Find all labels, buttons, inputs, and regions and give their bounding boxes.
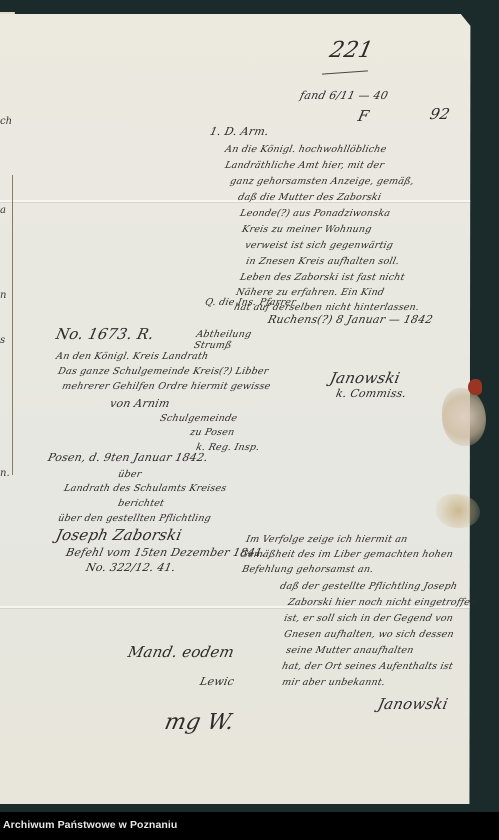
margin-fragment: ch [0, 116, 12, 127]
archive-name: Archiwum Państwowe w Poznaniu [3, 819, 177, 831]
lower-letter-line: Befehlung gehorsamst an. [241, 565, 375, 576]
reference-top: fand 6/11 — 40 [299, 90, 389, 103]
lower-letter-line: Zaborski hier noch nicht eingetroffen [287, 598, 477, 609]
mandate-line: Lewic [199, 676, 236, 689]
registry-body-line: Befehl vom 15ten Dezember 1841. [65, 547, 267, 560]
registry-subject-name: Joseph Zaborski [54, 527, 183, 544]
margin-fragment: n. [0, 468, 10, 479]
letter-line: daß die Mutter des Zaborski [237, 193, 382, 204]
registry-line: von Arnim [109, 398, 171, 411]
lower-letter-line: daß der gestellte Pflichtling Joseph [279, 582, 458, 593]
lower-letter-line: ist, er soll sich in der Gegend von [283, 614, 454, 625]
registry-line: Das ganze Schulgemeinde Kreis(?) Libber [57, 367, 270, 378]
letter-heading: 1. D. Arm. [209, 126, 270, 139]
mandate-signature: mg W. [162, 710, 236, 735]
letter-place-date: Ruchens(?) 8 Januar — 1842 [267, 314, 434, 327]
letter-signature-title: k. Commiss. [335, 388, 408, 401]
registry-date-line: Posen, d. 9ten Januar 1842. [47, 452, 209, 465]
lower-letter-line: Gemäßheit des im Liber gemachten hohen [239, 550, 454, 561]
registry-body-line: über [117, 470, 142, 481]
lower-letter-signature: Janowski [376, 696, 449, 713]
registry-body-line: berichtet [117, 499, 165, 510]
letter-signature: Janowski [328, 370, 401, 387]
margin-fragment: n [0, 290, 6, 301]
registry-right-note: zu Posen [189, 428, 235, 439]
mandate-line: Mand. eodem [126, 644, 236, 661]
lower-letter-line: mir aber unbekannt. [281, 678, 386, 689]
binding-margin-line [12, 175, 13, 475]
letter-line: Leben des Zaborski ist fast nicht [239, 273, 406, 284]
letter-line: Landräthliche Amt hier, mit der [224, 161, 385, 172]
registry-right-note: Schulgemeinde [159, 414, 238, 425]
registry-file-number: No. 322/12. 41. [85, 562, 177, 575]
stain-mark [436, 494, 480, 528]
letter-line: verweist ist sich gegenwärtig [244, 241, 394, 252]
letter-closing: Q. die Ins. Pfarrer [204, 298, 297, 309]
registry-number: No. 1673. R. [54, 326, 155, 343]
lower-letter-line: hat, der Ort seines Aufenthalts ist [281, 662, 454, 673]
letter-line: ganz gehorsamsten Anzeige, gemäß, [229, 177, 415, 188]
folio-number: 221 [327, 38, 375, 63]
lower-letter-line: Im Verfolge zeige ich hiermit an [245, 535, 409, 546]
letter-line: Leonde(?) aus Ponadziwonska [239, 209, 391, 220]
registry-line: An den Königl. Kreis Landrath [55, 352, 209, 363]
lower-letter-line: seine Mutter anaufhalten [285, 646, 415, 657]
registry-line: mehrerer Gehilfen Ordre hiermit gewisse [61, 382, 271, 393]
registry-margin-note: Abtheilung Strumß [193, 330, 238, 352]
letter-line: An die Königl. hochwohllöbliche [224, 145, 387, 156]
archive-footer: Archiwum Państwowe w Poznaniu [0, 812, 499, 840]
registry-body-line: über den gestellten Pflichtling [57, 514, 212, 525]
page-number-right: 92 [428, 106, 451, 123]
registry-body-line: Landrath des Schulamts Kreises [63, 484, 227, 495]
margin-fragment: a [0, 205, 6, 216]
letter-line: in Znesen Kreis aufhalten soll. [245, 257, 400, 268]
letter-line: Kreis zu meiner Wohnung [241, 225, 373, 236]
margin-fragment: s [0, 335, 5, 346]
lower-letter-line: Gnesen aufhalten, wo sich dessen [283, 630, 455, 641]
red-wax-seal-fragment [468, 379, 482, 395]
